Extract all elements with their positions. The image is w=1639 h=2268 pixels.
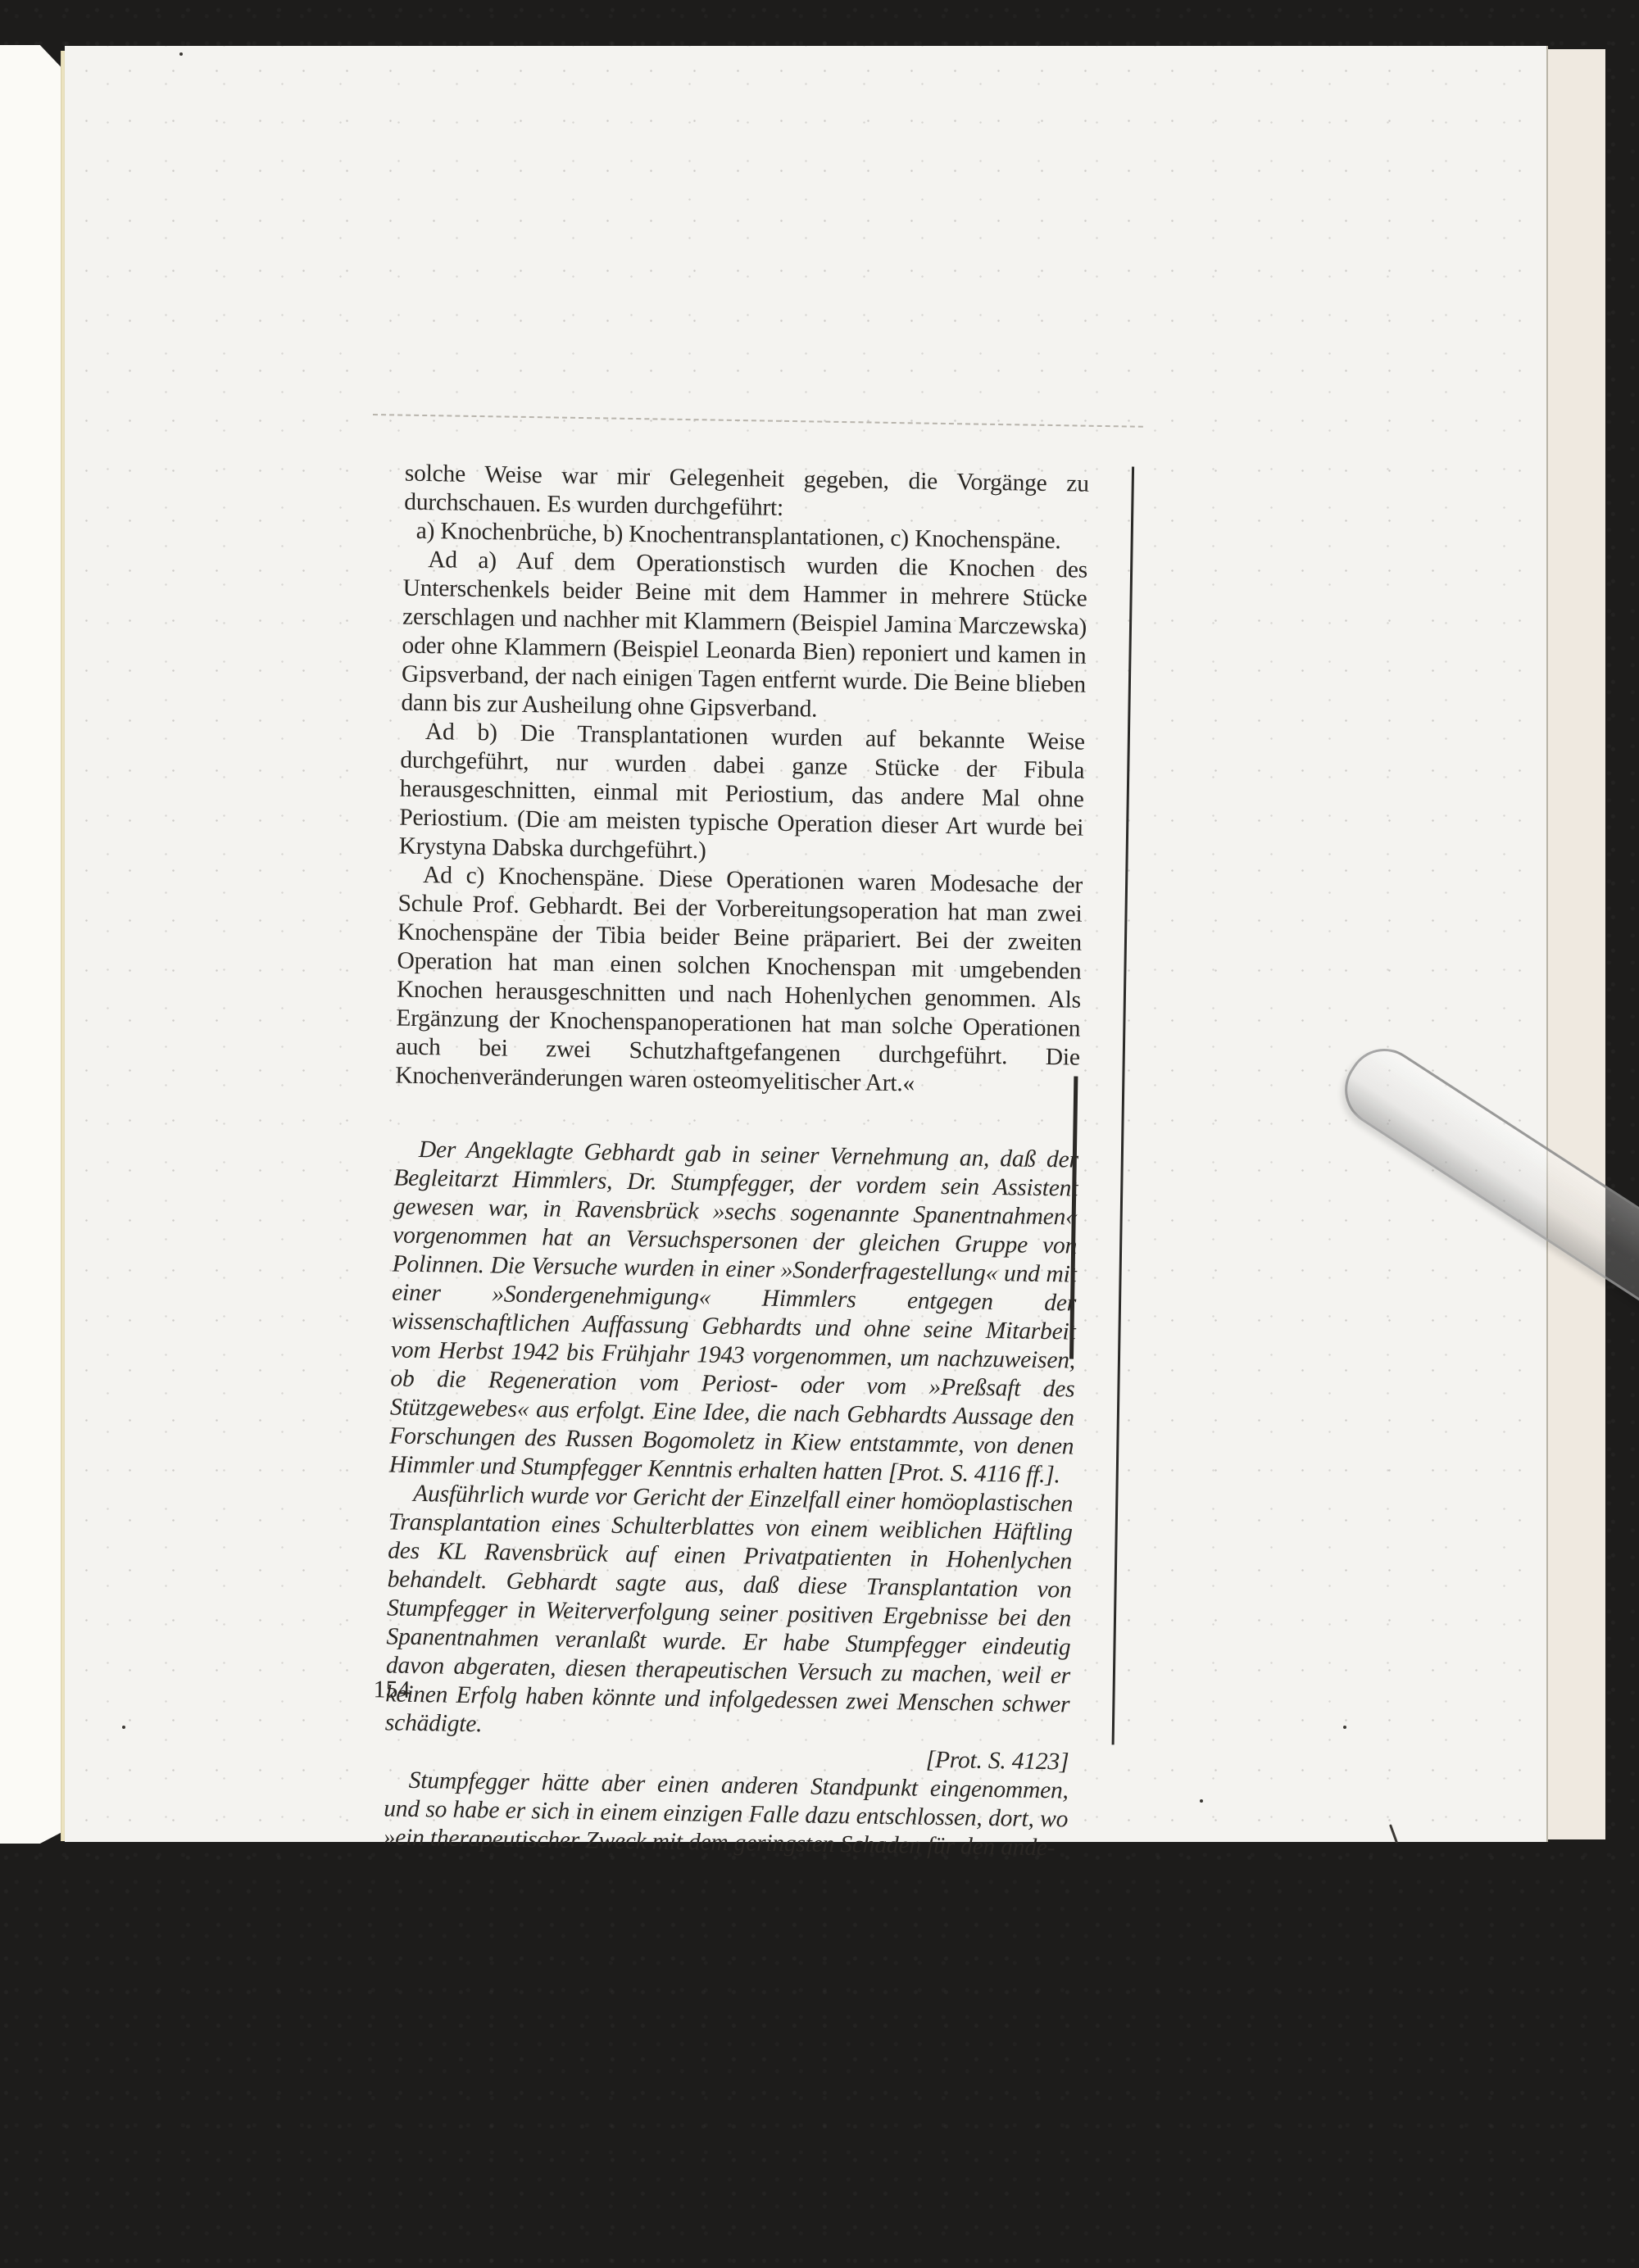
body-text: solche Weise war mir Gelegenheit gegeben… — [383, 460, 1089, 1863]
paragraph-ad-a: Ad a) Auf dem Operationstisch wurden die… — [401, 546, 1087, 728]
paragraph-ad-b: Ad b) Die Transplantationen wurden auf b… — [398, 718, 1085, 872]
paragraph: solche Weise war mir Gelegenheit gegeben… — [404, 460, 1089, 528]
back-page-edge — [1548, 49, 1605, 1839]
pasted-text-clipping: solche Weise war mir Gelegenheit gegeben… — [352, 414, 1143, 1778]
italic-paragraph-continuation: Stumpfegger hätte aber einen anderen Sta… — [383, 1766, 1069, 1862]
paragraph-ad-c: Ad c) Knochenspäne. Diese Operationen wa… — [395, 861, 1083, 1101]
page-number: 154 — [373, 1676, 411, 1704]
italic-paragraph-gebhardt: Der Angeklagte Gebhardt gab in seiner Ve… — [389, 1136, 1078, 1490]
italic-paragraph-transplantation: Ausführlich wurde vor Gericht der Einzel… — [385, 1479, 1074, 1748]
left-page-edge — [0, 45, 61, 1844]
